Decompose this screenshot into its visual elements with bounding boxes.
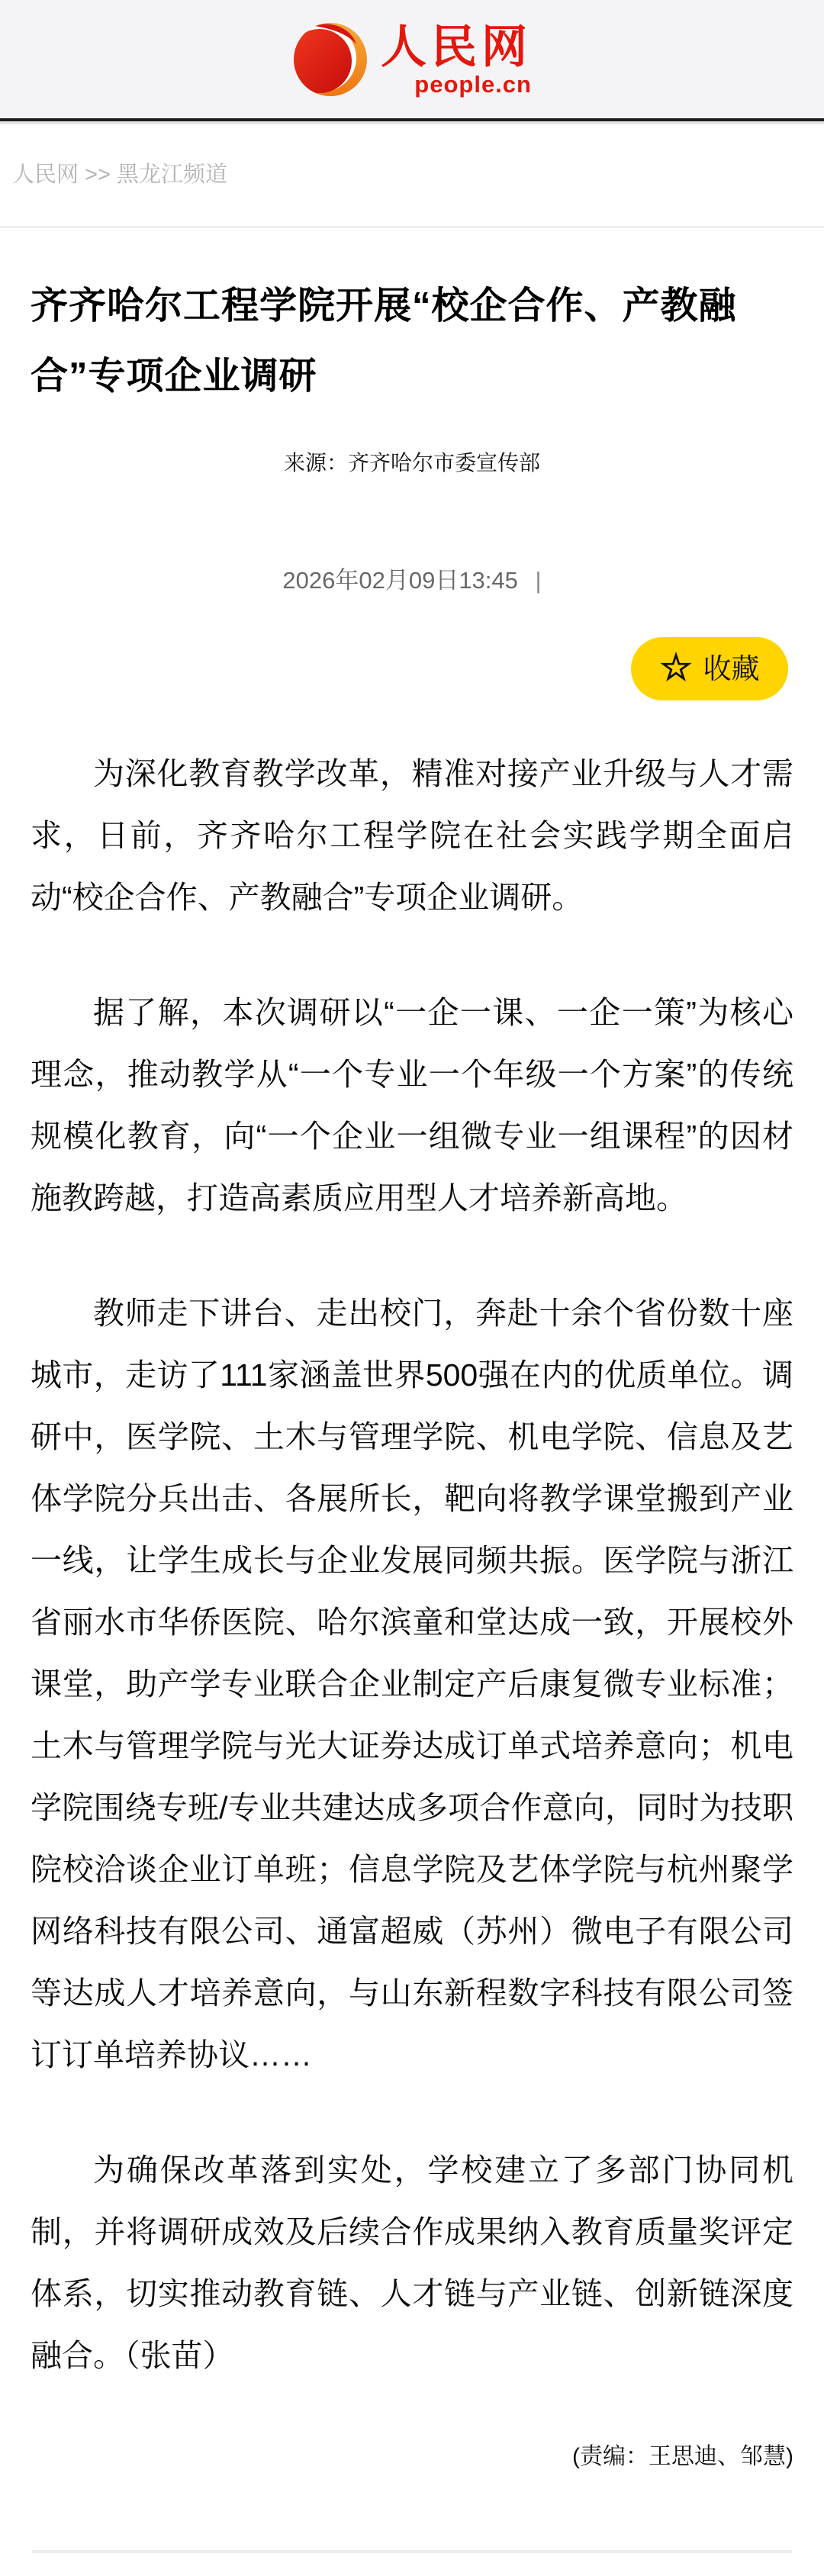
- article: 齐齐哈尔工程学院开展“校企合作、产教融合”专项企业调研 来源：齐齐哈尔市委宣传部…: [0, 271, 824, 2474]
- article-title: 齐齐哈尔工程学院开展“校企合作、产教融合”专项企业调研: [31, 271, 793, 411]
- paragraph: 据了解，本次调研以“一企一课、一企一策”为核心理念，推动教学从“一个专业一个年级…: [31, 982, 793, 1229]
- paragraph: 为确保改革落到实处，学校建立了多部门协同机制，并将调研成效及后续合作成果纳入教育…: [31, 2140, 793, 2387]
- article-date-row: 2026年02月09日13:45 |: [31, 564, 793, 597]
- logo-domain-wordmark: people.cn: [414, 72, 532, 96]
- bottom-divider: [32, 2550, 792, 2553]
- logo-chinese-wordmark: 人民网: [381, 23, 532, 71]
- favorite-row: ☆ 收藏: [31, 637, 793, 700]
- people-cn-logo[interactable]: 人民网 people.cn: [292, 21, 532, 98]
- article-datetime: 2026年02月09日13:45: [282, 567, 518, 594]
- article-body: 为深化教育教学改革，精准对接产业升级与人才需求，日前，齐齐哈尔工程学院在社会实践…: [31, 743, 793, 2387]
- editor-note: (责编：王思迪、邹慧): [31, 2440, 793, 2474]
- logo-text: 人民网 people.cn: [381, 23, 532, 96]
- people-logo-globe-icon: [292, 21, 369, 98]
- star-icon: ☆: [659, 650, 692, 687]
- favorite-button[interactable]: ☆ 收藏: [631, 637, 788, 700]
- article-source: 来源：齐齐哈尔市委宣传部: [31, 448, 793, 479]
- paragraph: 为深化教育教学改革，精准对接产业升级与人才需求，日前，齐齐哈尔工程学院在社会实践…: [31, 743, 793, 929]
- site-header: 人民网 people.cn: [0, 0, 824, 118]
- favorite-button-label: 收藏: [703, 655, 760, 683]
- datetime-separator: |: [536, 567, 542, 594]
- breadcrumb-divider: [0, 226, 824, 228]
- breadcrumb[interactable]: 人民网 >> 黑龙江频道: [0, 124, 824, 191]
- paragraph: 教师走下讲台、走出校门，奔赴十余个省份数十座城市，走访了111家涵盖世界500强…: [31, 1283, 793, 2086]
